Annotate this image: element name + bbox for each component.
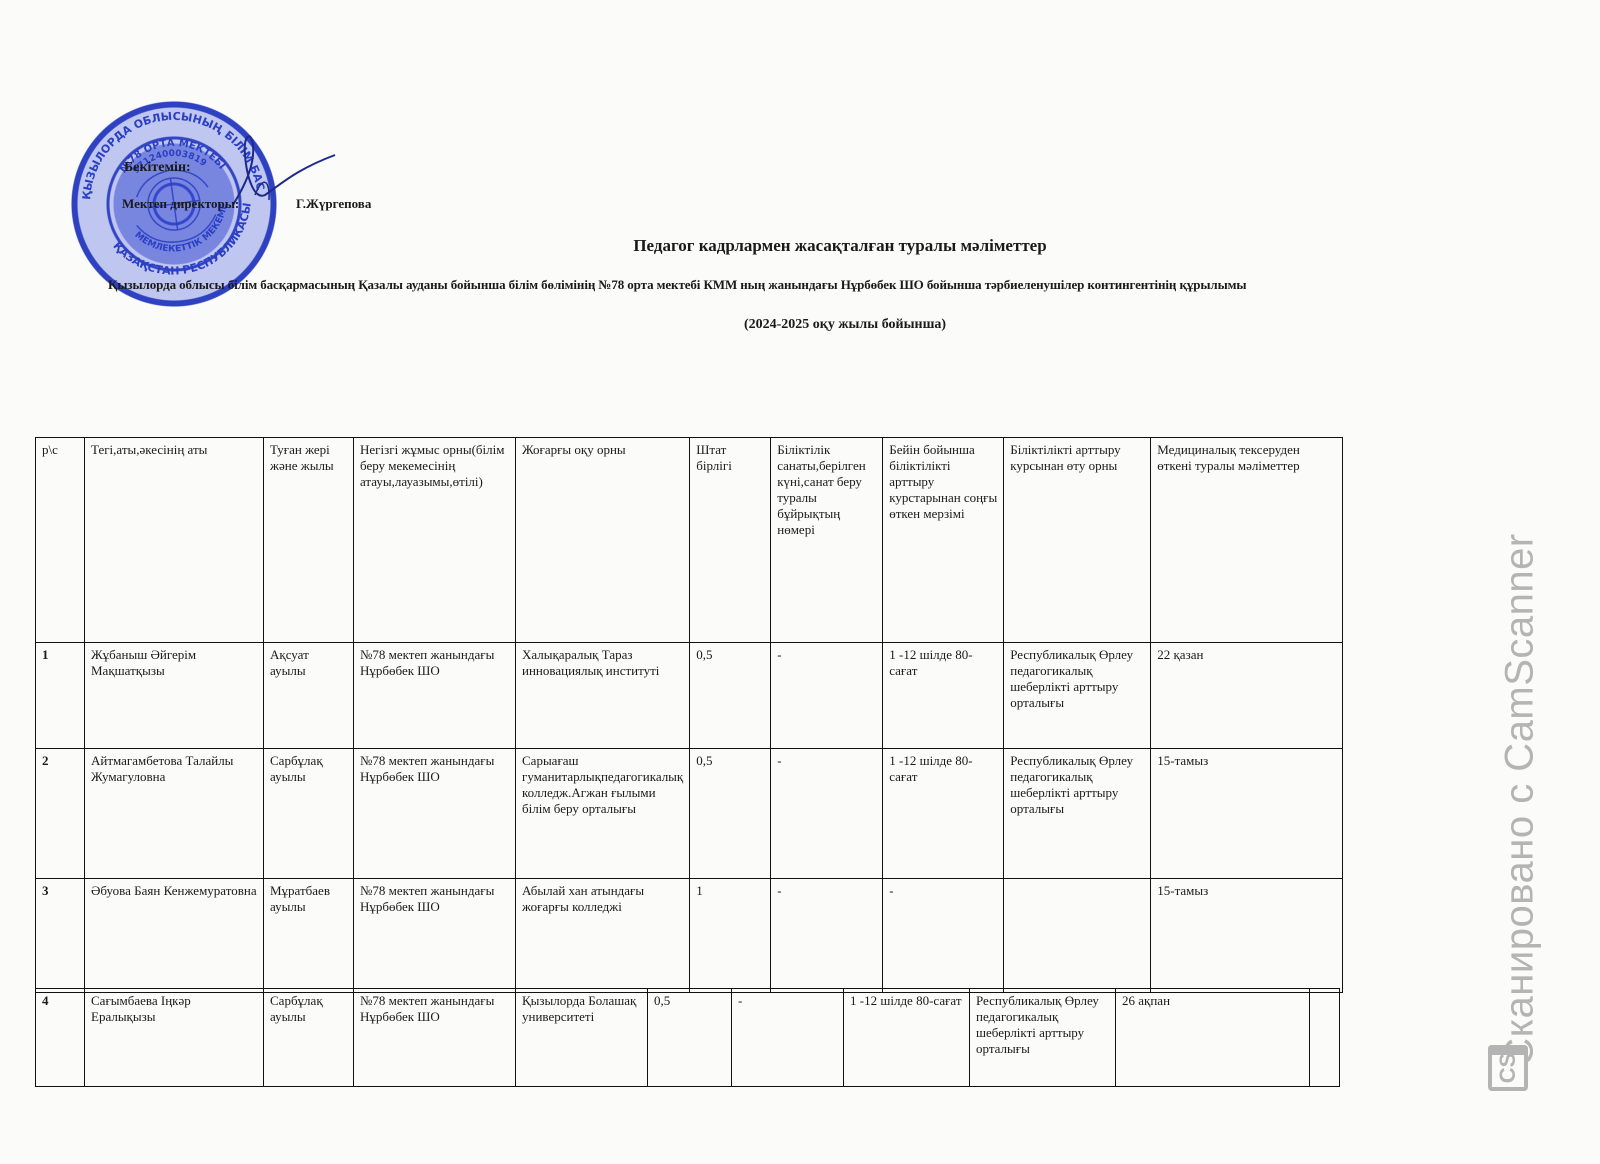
header-name: Тегі,аты,әкесінің аты bbox=[85, 438, 264, 643]
staff-table-row4: 4 Сағымбаева Іңкәр Ералықызы Сарбұлақ ау… bbox=[35, 988, 1340, 1087]
watermark-logo-text: CS bbox=[1495, 1053, 1521, 1084]
row-num: 4 bbox=[36, 989, 85, 1087]
director-label: Мектеп директоры: bbox=[122, 196, 239, 212]
row-birthplace: Сарбұлақ ауылы bbox=[264, 749, 354, 879]
table-header-row: р\с Тегі,аты,әкесінің аты Туған жері жән… bbox=[36, 438, 1343, 643]
row-medical: 15-тамыз bbox=[1151, 749, 1343, 879]
row-last-course: 1 -12 шілде 80-сағат bbox=[844, 989, 970, 1087]
approval-label: Бекітемін: bbox=[124, 160, 191, 176]
row-name: Жұбаныш Әйгерім Мақшатқызы bbox=[85, 643, 264, 749]
document-year: (2024-2025 оқу жылы бойынша) bbox=[0, 317, 1600, 333]
row-qualification: - bbox=[771, 879, 883, 993]
row-workplace: №78 мектеп жанындағы Нұрбөбек ШО bbox=[354, 879, 516, 993]
row-num: 1 bbox=[36, 643, 85, 749]
row-university: Сарыағаш гуманитарлықпедагогикалық колле… bbox=[516, 749, 690, 879]
row-birthplace: Мұратбаев ауылы bbox=[264, 879, 354, 993]
row-staff-unit: 1 bbox=[690, 879, 771, 993]
staff-table: р\с Тегі,аты,әкесінің аты Туған жері жән… bbox=[35, 437, 1343, 993]
table-row: 2 Айтмагамбетова Талайлы Жумагуловна Сар… bbox=[36, 749, 1343, 879]
table-row: 4 Сағымбаева Іңкәр Ералықызы Сарбұлақ ау… bbox=[36, 989, 1340, 1087]
row-birthplace: Сарбұлақ ауылы bbox=[264, 989, 354, 1087]
camscanner-watermark: Сканировано с CamScanner CS bbox=[1470, 500, 1570, 1100]
row-workplace: №78 мектеп жанындағы Нұрбөбек ШО bbox=[354, 749, 516, 879]
row-num: 3 bbox=[36, 879, 85, 993]
row-name: Әбуова Баян Кенжемуратовна bbox=[85, 879, 264, 993]
camscanner-logo-icon: CS bbox=[1488, 1045, 1528, 1091]
row-extra-empty bbox=[1310, 989, 1340, 1087]
row-workplace: №78 мектеп жанындағы Нұрбөбек ШО bbox=[354, 989, 516, 1087]
header-university: Жоғарғы оқу орны bbox=[516, 438, 690, 643]
document-subtitle: Қызылорда облысы білім басқармасының Қаз… bbox=[108, 277, 1246, 293]
watermark-text: Сканировано с CamScanner bbox=[1498, 533, 1543, 1066]
row-course-place bbox=[1004, 879, 1151, 993]
row-staff-unit: 0,5 bbox=[648, 989, 732, 1087]
header-staff-unit: Штат бірлігі bbox=[690, 438, 771, 643]
header-qualification: Біліктілік санаты,берілген күні,санат бе… bbox=[771, 438, 883, 643]
header-num: р\с bbox=[36, 438, 85, 643]
row-name: Сағымбаева Іңкәр Ералықызы bbox=[85, 989, 264, 1087]
header-workplace: Негізгі жұмыс орны(білім беру мекемесіні… bbox=[354, 438, 516, 643]
row-university: Халықаралық Тараз инновациялық институті bbox=[516, 643, 690, 749]
header-course-place: Біліктілікті арттыру курсынан өту орны bbox=[1004, 438, 1151, 643]
row-staff-unit: 0,5 bbox=[690, 643, 771, 749]
table-row: 1 Жұбаныш Әйгерім Мақшатқызы Ақсуат ауыл… bbox=[36, 643, 1343, 749]
row-medical: 22 қазан bbox=[1151, 643, 1343, 749]
header-birthplace: Туған жері және жылы bbox=[264, 438, 354, 643]
row-last-course: 1 -12 шілде 80-сағат bbox=[883, 749, 1004, 879]
row-qualification: - bbox=[771, 749, 883, 879]
document-title: Педагог кадрлармен жасақталған туралы мә… bbox=[0, 236, 1600, 256]
row-num: 2 bbox=[36, 749, 85, 879]
row-course-place: Республикалық Өрлеу педагогикалық шеберл… bbox=[1004, 749, 1151, 879]
row-course-place: Республикалық Өрлеу педагогикалық шеберл… bbox=[970, 989, 1116, 1087]
row-name: Айтмагамбетова Талайлы Жумагуловна bbox=[85, 749, 264, 879]
row-university: Қызылорда Болашақ университеті bbox=[516, 989, 648, 1087]
row-last-course: - bbox=[883, 879, 1004, 993]
row-qualification: - bbox=[771, 643, 883, 749]
row-university: Абылай хан атындағы жоғарғы колледжі bbox=[516, 879, 690, 993]
header-last-course: Бейін бойынша біліктілікті арттыру курст… bbox=[883, 438, 1004, 643]
row-medical: 15-тамыз bbox=[1151, 879, 1343, 993]
row-qualification: - bbox=[732, 989, 844, 1087]
director-name: Г.Жүргепова bbox=[296, 196, 371, 212]
row-course-place: Республикалық Өрлеу педагогикалық шеберл… bbox=[1004, 643, 1151, 749]
table-row: 3 Әбуова Баян Кенжемуратовна Мұратбаев а… bbox=[36, 879, 1343, 993]
row-staff-unit: 0,5 bbox=[690, 749, 771, 879]
row-medical: 26 ақпан bbox=[1116, 989, 1310, 1087]
row-birthplace: Ақсуат ауылы bbox=[264, 643, 354, 749]
row-workplace: №78 мектеп жанындағы Нұрбөбек ШО bbox=[354, 643, 516, 749]
row-last-course: 1 -12 шілде 80-сағат bbox=[883, 643, 1004, 749]
header-medical: Медициналық тексеруден өткені туралы мәл… bbox=[1151, 438, 1343, 643]
